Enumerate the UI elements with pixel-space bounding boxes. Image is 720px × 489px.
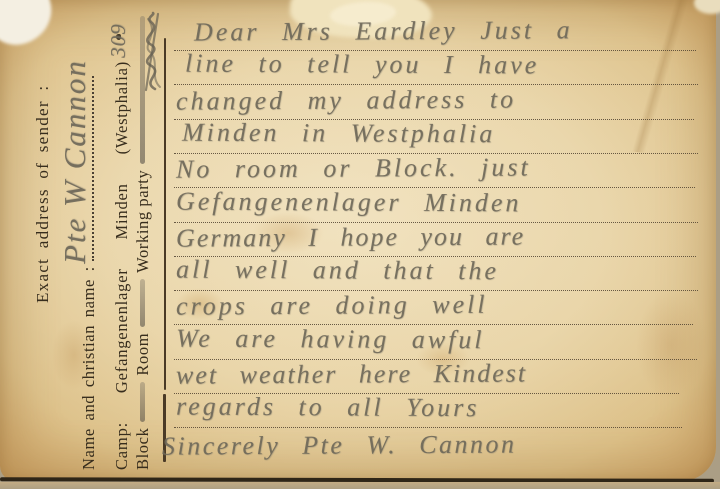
message-line: regards to all Yours [176, 390, 716, 429]
postcard-card: Exact address of sender : Name and chris… [0, 0, 716, 481]
message-line: changed my address to [176, 81, 716, 120]
message-line: Gefangenenlager Minden [176, 184, 716, 223]
message-line: Sincerely Pte W. Cannon [162, 426, 702, 465]
message-line: line to tell you I have [176, 47, 716, 86]
message-line: all well and that the [176, 253, 716, 292]
torn-corner-top-left [0, 0, 59, 51]
block-smudged-leader [140, 382, 145, 422]
scanned-postcard-photo: { "postcard": { "form": { "heading": "Ex… [0, 0, 720, 489]
form-heading: Exact address of sender : [33, 85, 53, 303]
message-line: Minden in Westphalia [176, 115, 716, 154]
camp-value: Gefangenenlager Minden (Westphalia) [112, 61, 131, 393]
backdrop-strip [0, 482, 720, 489]
handwritten-sender-name: Pte W Cannon [57, 59, 93, 264]
form-camp-line: Camp: Gefangenenlager Minden (Westphalia… [106, 23, 132, 470]
message-line: No room or Block. just [176, 150, 716, 189]
camp-number-handwritten: 309 [106, 23, 130, 58]
name-label: Name and christian name : [79, 266, 98, 470]
message-line: We are having awful [176, 321, 716, 360]
block-label: Block [133, 428, 152, 470]
message-line: wet weather here Kindest [176, 355, 716, 394]
working-party-label: Working party [133, 170, 152, 273]
room-smudged-leader [140, 279, 145, 327]
room-label: Room [133, 333, 152, 376]
message-line: Germany I hope you are [176, 218, 716, 257]
message-line: crops are doing well [176, 287, 716, 326]
camp-label: Camp: [112, 422, 131, 470]
message-line: Dear Mrs Eardley Just a [176, 12, 716, 51]
